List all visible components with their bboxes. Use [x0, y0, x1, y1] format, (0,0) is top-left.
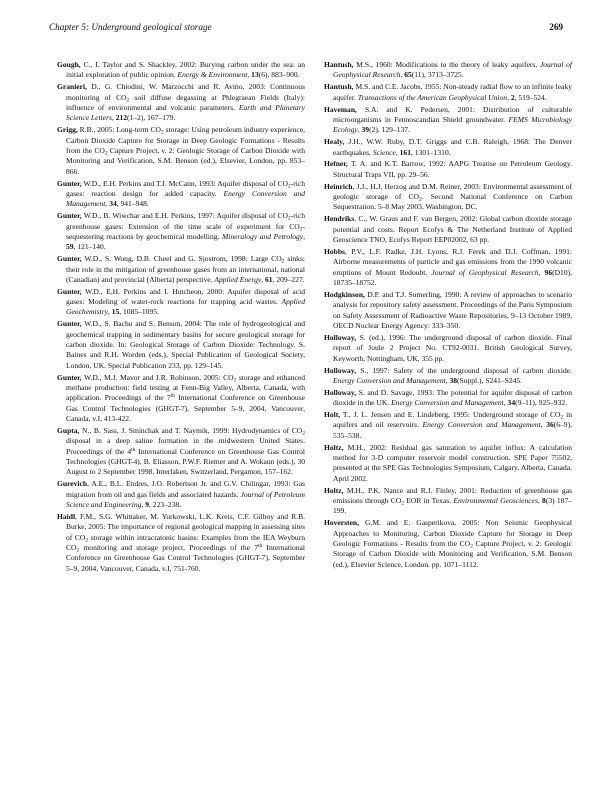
reference-author: Hoversten,: [324, 518, 359, 527]
reference-volume: 2: [511, 93, 515, 102]
reference-entry: Gunter, W.D., E.H. Perkins and T.J. McCa…: [57, 179, 305, 210]
page-number: 269: [549, 22, 563, 32]
reference-author: Gunter,: [57, 179, 82, 188]
reference-journal: Science: [373, 148, 396, 157]
reference-volume: 34: [109, 199, 117, 208]
reference-entry: Heinrich, J.J., H.J. Herzog and D.M. Rei…: [324, 182, 572, 213]
reference-journal: Environmental Geosciences: [453, 496, 538, 505]
reference-volume: 96: [545, 268, 553, 277]
reference-journal: Energy Conversion and Management: [333, 376, 446, 385]
reference-entry: Holloway, S. and D. Savage, 1993: The po…: [324, 388, 572, 409]
reference-journal: Mineralogy and Petrology: [222, 232, 303, 241]
reference-entry: Gupta, N., B. Sass, J. Sminchak and T. N…: [57, 426, 305, 478]
reference-author: Hantush,: [324, 60, 354, 69]
reference-text: , F.M., S.G. Whittaker, M. Yurkowski, L.…: [66, 512, 305, 573]
reference-author: Gunter,: [57, 254, 82, 263]
reference-volume: 34: [508, 398, 516, 407]
reference-entry: Hodgkinson, D.P. and T.J. Sumerling, 199…: [324, 290, 572, 331]
reference-entry: Gough, C., I. Taylor and S. Shackley, 20…: [57, 60, 305, 81]
reference-author: Hefner,: [324, 159, 348, 168]
reference-text: J.H., W.W. Ruby, D.T. Griggs and C.B. Ra…: [333, 137, 572, 156]
reference-volume: 8: [542, 496, 546, 505]
reference-author: Grigg,: [57, 125, 78, 134]
reference-journal: Transactions of the American Geophysical…: [358, 93, 507, 102]
reference-entry: Healy, J.H., W.W. Ruby, D.T. Griggs and …: [324, 137, 572, 158]
reference-text: G.M. and E. Gasperikova, 2005: Non Seism…: [333, 518, 572, 568]
reference-author: Gupta,: [57, 426, 79, 435]
references-left-column: Gough, C., I. Taylor and S. Shackley, 20…: [57, 60, 305, 576]
reference-entry: Hantush, M.S. and C.E. Jacobs, 1955: Non…: [324, 82, 572, 103]
reference-volume: 61: [265, 275, 273, 284]
reference-author: Granieri,: [57, 82, 87, 91]
reference-entry: Gunter, W.D., S. Wong, D.B. Cheel and G.…: [57, 254, 305, 285]
reference-volume: 212: [116, 113, 127, 122]
reference-text: M.H., 2002: Residual gas saturation to a…: [333, 443, 572, 483]
reference-text: , J.J., H.J. Herzog and D.M. Reiner, 200…: [333, 182, 572, 212]
reference-entry: Haidl, F.M., S.G. Whittaker, M. Yurkowsk…: [57, 512, 305, 574]
reference-entry: Holt, T., J. L. Jensen and E. Lindeberg,…: [324, 410, 572, 441]
reference-author: Hantush,: [324, 82, 354, 91]
reference-text: W.D., M.J. Mavor and J.R. Robinson, 2005…: [66, 373, 305, 423]
reference-journal: Energy Conversion and Management: [423, 420, 541, 429]
reference-author: Hodgkinson,: [324, 290, 365, 299]
reference-entry: Hantush, M.S., 1960: Modifications to th…: [324, 60, 572, 81]
reference-text: W.D., S. Bachu and S. Benson, 2004: The …: [66, 319, 305, 369]
reference-entry: Grigg, R.B., 2005: Long-term CO2 storage…: [57, 125, 305, 177]
reference-author: Holloway,: [324, 333, 356, 342]
reference-text: R.B., 2005: Long-term CO2 storage: Using…: [66, 125, 305, 175]
reference-entry: Holtz, M.H., 2002: Residual gas saturati…: [324, 443, 572, 484]
reference-entry: Gunter, W.D., E.H. Perkins and I. Hutche…: [57, 287, 305, 318]
reference-entry: Hefner, T. A. and K.T. Barrow, 1992: AAP…: [324, 159, 572, 180]
reference-text: , C., W. Graus and F. van Bergen, 2002: …: [333, 214, 572, 244]
reference-journal: Journal of Geophysical Research: [431, 268, 538, 277]
reference-author: Heinrich: [324, 182, 353, 191]
reference-author: Gunter,: [57, 287, 82, 296]
reference-volume: 15: [112, 307, 120, 316]
reference-author: Holt,: [324, 410, 340, 419]
reference-volume: 38: [449, 376, 457, 385]
reference-text: T. A. and K.T. Barrow, 1992: AAPG Treati…: [333, 159, 572, 178]
reference-author: Gunter,: [57, 373, 82, 382]
reference-author: Gunter,: [57, 211, 82, 220]
reference-entry: Holtz, M.H., P.K. Nance and R.J. Finley,…: [324, 486, 572, 517]
chapter-title: Chapter 5: Underground geological storag…: [49, 22, 212, 32]
reference-entry: Holloway, S. (ed.), 1996: The undergroun…: [324, 333, 572, 364]
reference-text: M.S., 1960: Modifications to the theory …: [354, 60, 540, 69]
references-right-column: Hantush, M.S., 1960: Modifications to th…: [324, 60, 572, 572]
reference-volume: 59: [66, 242, 74, 251]
reference-entry: Gunter, W.D., B. Wiwchar and E.H. Perkin…: [57, 211, 305, 252]
reference-author: Healy,: [324, 137, 344, 146]
reference-author: Gunter,: [57, 319, 82, 328]
running-header: Chapter 5: Underground geological storag…: [49, 22, 563, 38]
reference-journal: Energy Conversion and Management: [391, 398, 504, 407]
reference-volume: 13: [251, 70, 259, 79]
reference-author: Holtz,: [324, 486, 344, 495]
reference-author: Hobbs: [324, 247, 345, 256]
reference-author: Holtz,: [324, 443, 344, 452]
reference-entry: Gurevich, A.E., B.L. Endres, J.O. Robert…: [57, 479, 305, 510]
reference-volume: 65: [404, 70, 412, 79]
reference-journal: Applied Energy: [214, 275, 261, 284]
reference-entry: Gunter, W.D., S. Bachu and S. Benson, 20…: [57, 319, 305, 371]
reference-text: N., B. Sass, J. Sminchak and T. Naymik, …: [66, 426, 305, 476]
reference-volume: 161: [400, 148, 411, 157]
reference-entry: Gunter, W.D., M.J. Mavor and J.R. Robins…: [57, 373, 305, 425]
reference-entry: Holloway, S., 1997: Safety of the underg…: [324, 366, 572, 387]
reference-author: Haveman,: [324, 105, 357, 114]
reference-author: Holloway,: [324, 366, 356, 375]
reference-text: S., 1997: Safety of the underground disp…: [356, 366, 572, 375]
reference-volume: 39: [362, 125, 370, 134]
reference-author: Holloway,: [324, 388, 356, 397]
reference-author: Gough,: [57, 60, 81, 69]
reference-entry: Hendriks, C., W. Graus and F. van Bergen…: [324, 214, 572, 245]
reference-entry: Hobbs, P.V., L.F. Radke, J.H. Lyons, R.J…: [324, 247, 572, 288]
reference-text: W.D., E.H. Perkins and I. Hutcheon, 2000…: [66, 287, 305, 306]
reference-volume: 36: [546, 420, 554, 429]
reference-entry: Granieri, D., G. Chiodini, W. Marzocchi …: [57, 82, 305, 123]
reference-entry: Hoversten, G.M. and E. Gasperikova, 2005…: [324, 518, 572, 570]
reference-author: Gurevich: [57, 479, 87, 488]
reference-volume: 9: [145, 500, 149, 509]
reference-text: S. (ed.), 1996: The underground disposal…: [333, 333, 572, 363]
reference-journal: Energy & Environment: [178, 70, 248, 79]
reference-text: D.P. and T.J. Sumerling, 1990: A review …: [333, 290, 572, 330]
reference-author: Haidl: [57, 512, 75, 521]
reference-entry: Haveman, S.A. and K. Pedersen, 2001: Dis…: [324, 105, 572, 136]
reference-author: Hendriks: [324, 214, 354, 223]
